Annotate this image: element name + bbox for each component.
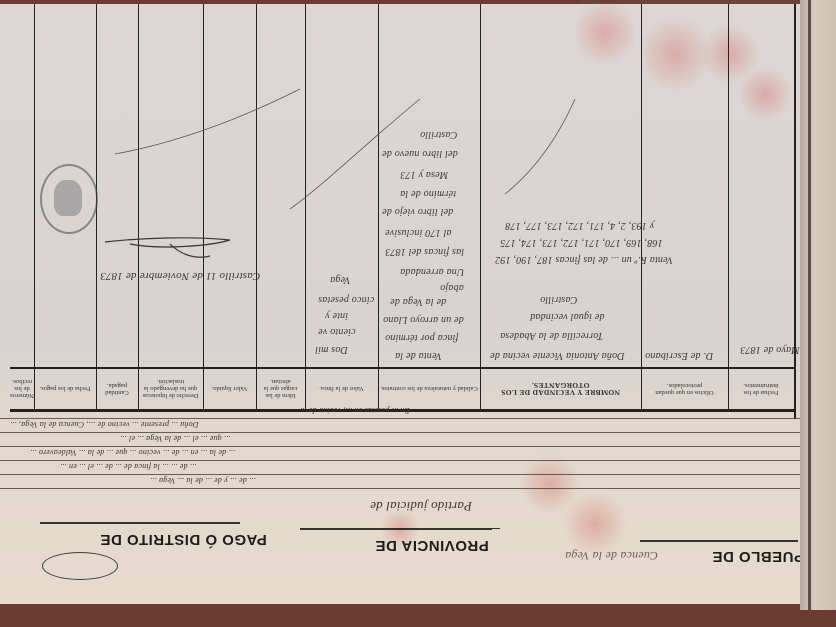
column-divider bbox=[203, 4, 204, 409]
contrato-line: finca por término bbox=[385, 332, 458, 343]
provincia-label: PROVINCIA DE bbox=[375, 537, 489, 554]
partido-judicial-label: Partido judicial de bbox=[370, 498, 472, 514]
column-divider bbox=[256, 4, 257, 409]
ruled-line bbox=[0, 432, 800, 433]
ornamental-flourish-icon bbox=[42, 552, 118, 580]
contrato-line: Venta de la bbox=[395, 350, 442, 361]
contrato-line: de un arroyo Llano bbox=[383, 314, 464, 325]
footer-note-line: ... de ... y de ... de la ... Vega ... bbox=[150, 476, 256, 485]
col-header-recibos: Números de los recibos. bbox=[10, 369, 34, 409]
stain bbox=[560, 494, 630, 554]
otorgantes-line: y 193, 2, 4, 171, 172, 173, 177, 178 bbox=[505, 220, 654, 231]
contrato-line: las fincas del 1873 bbox=[385, 246, 464, 257]
col-header-valor-finca: Valor de la finca. bbox=[305, 369, 378, 409]
col-header-contratos: Calidad y naturaleza de los contratos. bbox=[378, 369, 480, 409]
pueblo-label: PUEBLO DE bbox=[712, 548, 804, 565]
contrato-line: al 170 inclusive bbox=[385, 227, 452, 238]
contrato-line: abajo bbox=[440, 282, 464, 293]
otorgantes-line: Doña Antonia Vicente vecina de bbox=[490, 350, 624, 361]
provincia-underline bbox=[300, 528, 492, 530]
column-divider bbox=[480, 4, 481, 409]
valor-finca-line: Dos mil bbox=[315, 344, 348, 355]
footer-note-line: ... que ... el ... de la Vega ... el ... bbox=[120, 434, 230, 443]
valor-finca-line: cinco pesetas bbox=[318, 294, 374, 305]
pen-stroke bbox=[285, 94, 425, 214]
footer-note-line: ... de ... ... la finca de ... de ... el… bbox=[60, 462, 196, 471]
entry-oficio: D. de Escribano bbox=[645, 350, 713, 361]
footer-note-line: En ... pesetas en ..., vecino de ... bbox=[300, 406, 410, 415]
col-header-derecho: Derecho de hipotecas que ha devengado la… bbox=[138, 369, 203, 409]
column-divider bbox=[728, 4, 729, 409]
otorgantes-line: 168, 169, 170, 171, 172, 173, 174, 175 bbox=[500, 237, 663, 248]
col-header-cantidad: Cantidad pagada. bbox=[96, 369, 138, 409]
contrato-line: Una arrendada bbox=[400, 266, 464, 277]
entry-note: Castrillo 11 de Noviembre de 1873 bbox=[100, 270, 260, 282]
column-divider bbox=[138, 4, 139, 409]
otorgantes-line: Castrillo bbox=[540, 294, 577, 305]
pueblo-underline bbox=[640, 540, 798, 542]
col-header-fechas: Fechas de los instrumentos. bbox=[728, 369, 794, 409]
footer-note-line: Doña ... presente ... vecino de ..., Cue… bbox=[10, 420, 199, 429]
ruled-line bbox=[0, 446, 800, 447]
column-divider bbox=[794, 4, 796, 419]
col-header-cargas: Idem de las cargas que la afectan. bbox=[256, 369, 305, 409]
ruled-line bbox=[0, 488, 800, 489]
ruled-line bbox=[0, 474, 800, 475]
valor-finca-line: Vega bbox=[330, 274, 350, 285]
ruled-line bbox=[0, 418, 800, 419]
column-divider bbox=[34, 4, 35, 409]
seal-emblem bbox=[54, 180, 82, 216]
col-header-otorgantes: NOMBRE Y VECINDAD DE LOS OTORGANTES. bbox=[480, 369, 641, 409]
valor-finca-line: ciento ve bbox=[318, 326, 356, 337]
ruled-line bbox=[0, 460, 800, 461]
pueblo-value: Cuenca de la Vega bbox=[565, 548, 658, 563]
official-seal-icon bbox=[40, 164, 98, 234]
ledger-page: Números de los recibos. Fecha de los pag… bbox=[0, 4, 800, 604]
otorgantes-line: Torrecilla de la Abadesa bbox=[500, 330, 603, 341]
otorgantes-line: Venta R.º un ... de las fincas 187, 190,… bbox=[495, 254, 673, 265]
column-divider bbox=[641, 4, 642, 409]
binding-edge bbox=[808, 0, 811, 610]
col-header-valor-liquido: Valor líquido. bbox=[203, 369, 256, 409]
pago-underline bbox=[40, 522, 240, 524]
col-header-oficios: Oficios en que quedan protocolados. bbox=[641, 369, 728, 409]
pen-stroke bbox=[500, 94, 580, 204]
stain bbox=[740, 64, 790, 124]
contrato-line: de la Vega de bbox=[390, 296, 446, 307]
signature-flourish bbox=[100, 230, 240, 270]
valor-finca-line: inte y bbox=[325, 310, 348, 321]
footer-note-line: ... de la ... en ... de ... vecino ... q… bbox=[30, 448, 235, 457]
pen-stroke bbox=[110, 84, 310, 164]
pago-distrito-label: PAGO Ó DISTRITO DE bbox=[100, 531, 267, 548]
adjacent-page-edge bbox=[800, 0, 836, 610]
col-header-fecha-pagos: Fecha de los pagos. bbox=[34, 369, 96, 409]
document-photo: Números de los recibos. Fecha de los pag… bbox=[0, 0, 836, 627]
contrato-line: Castrillo bbox=[420, 129, 457, 140]
otorgantes-line: de igual vecindad bbox=[530, 311, 605, 322]
stain bbox=[575, 0, 635, 68]
